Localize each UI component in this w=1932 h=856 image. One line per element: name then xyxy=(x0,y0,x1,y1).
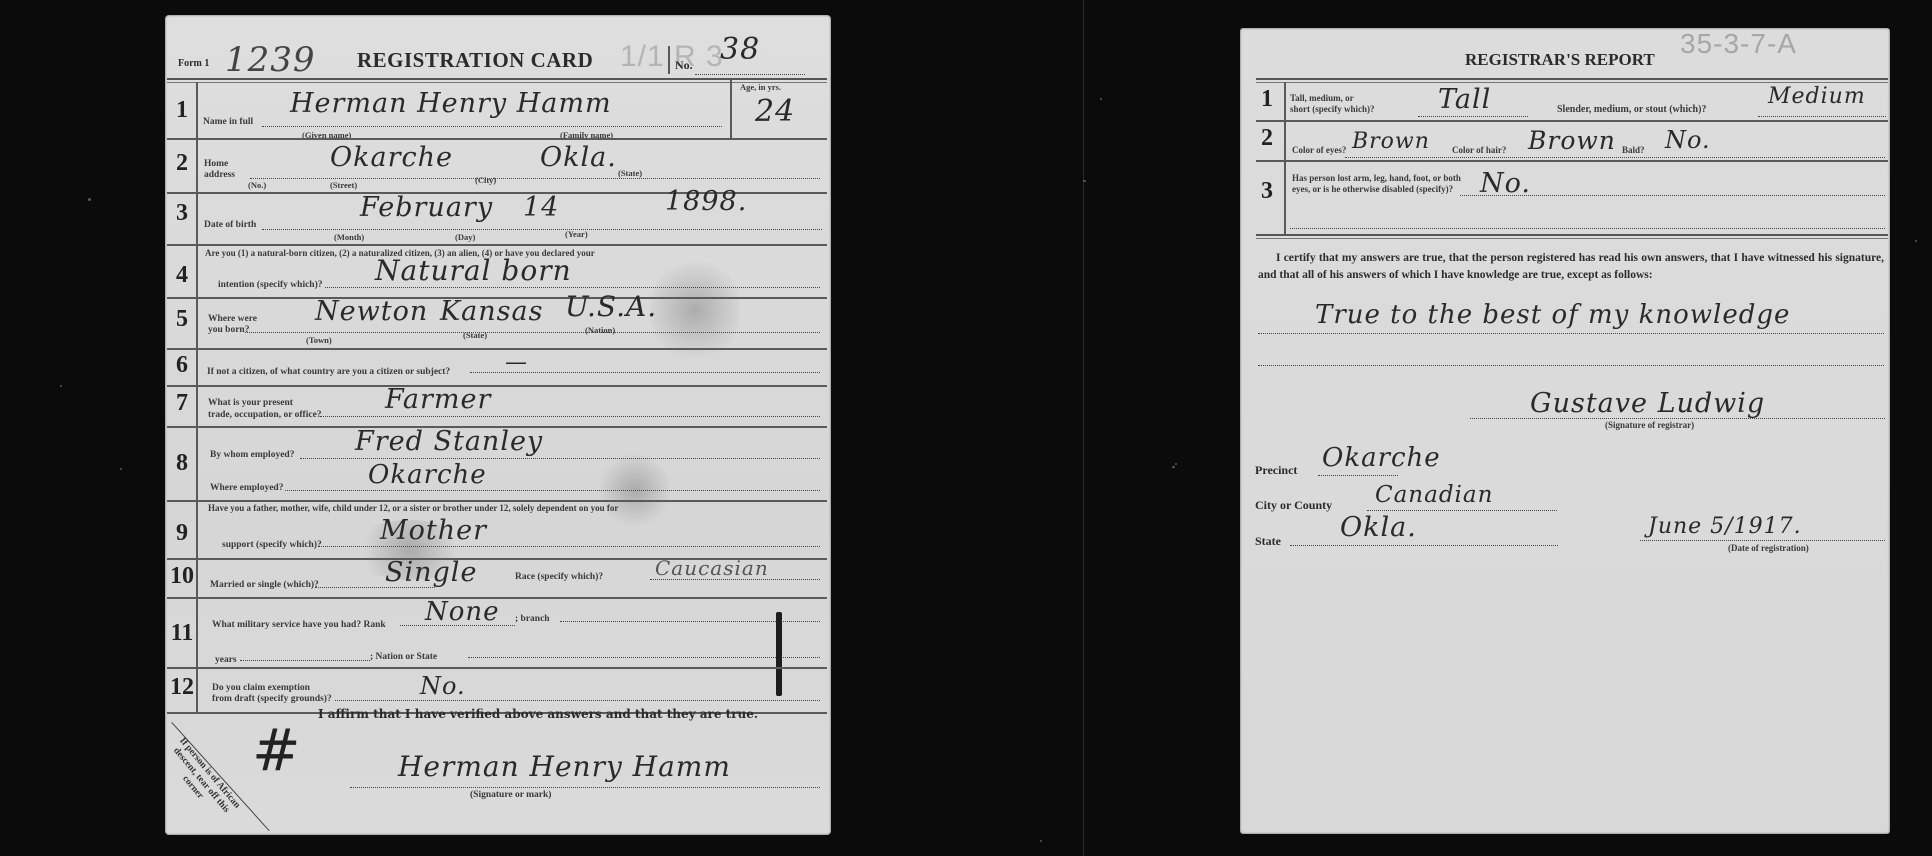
field-value-marital-status[interactable]: Single xyxy=(385,557,477,588)
state-label: State xyxy=(1255,534,1281,549)
ink-stroke-mark xyxy=(776,612,782,696)
field-label-military-rank: What military service have you had? Rank xyxy=(212,620,386,630)
hash-mark: # xyxy=(252,716,302,784)
county-value[interactable]: Canadian xyxy=(1375,482,1493,508)
dotted-line xyxy=(468,657,820,658)
field-label-home: Home xyxy=(204,159,228,169)
dotted-line xyxy=(1367,510,1557,511)
row-number: 9 xyxy=(165,520,199,547)
dotted-line xyxy=(470,372,820,373)
field-label-birthplace-2: you born? xyxy=(208,325,249,335)
row-rule xyxy=(167,500,827,502)
field-value-citizenship[interactable]: Natural born xyxy=(375,254,572,287)
field-label-intention: intention (specify which)? xyxy=(218,280,323,290)
dotted-line xyxy=(285,490,820,491)
field-value-employment-place[interactable]: Okarche xyxy=(368,460,487,490)
dotted-line xyxy=(1318,475,1398,476)
signature-label: (Signature or mark) xyxy=(470,790,551,800)
field-value-town[interactable]: Newton xyxy=(315,296,428,327)
dotted-line xyxy=(1640,540,1885,541)
row-rule xyxy=(1256,120,1888,122)
field-label-military-branch: ; branch xyxy=(515,614,550,624)
row-number: 3 xyxy=(1250,178,1284,205)
registrar-signature-label: (Signature of registrar) xyxy=(1605,420,1694,430)
dotted-line xyxy=(1418,116,1528,117)
row-number: 8 xyxy=(165,450,199,477)
field-value-employer[interactable]: Fred Stanley xyxy=(355,426,543,457)
row-number: 11 xyxy=(165,620,199,647)
field-label-dependents: support (specify which)? xyxy=(222,540,322,550)
film-speck xyxy=(120,468,122,470)
divider xyxy=(668,46,670,74)
row-number-column-rule xyxy=(1284,82,1286,234)
field-value-race[interactable]: Caucasian xyxy=(655,556,769,580)
field-label-race: Race (specify which)? xyxy=(515,572,603,582)
card-title: REGISTRATION CARD xyxy=(357,48,593,73)
faint-stamp: 1/1 R 3 xyxy=(620,40,724,74)
field-label-military-nation: ; Nation or State xyxy=(370,652,437,662)
precinct-label: Precinct xyxy=(1255,463,1297,478)
registration-date-label: (Date of registration) xyxy=(1728,543,1809,553)
sublabel: (Street) xyxy=(330,180,357,190)
field-value-bald[interactable]: No. xyxy=(1665,126,1711,154)
dotted-line xyxy=(350,787,820,788)
film-speck xyxy=(1083,180,1086,182)
row-number: 5 xyxy=(165,306,199,333)
field-label-birthplace: Where were xyxy=(208,314,257,324)
field-label-disability-2: eyes, or is he otherwise disabled (speci… xyxy=(1292,184,1453,194)
row-number: 6 xyxy=(165,352,199,379)
field-value-exceptions[interactable]: True to the best of my knowledge xyxy=(1315,300,1790,330)
field-label-height-2: short (specify which)? xyxy=(1290,104,1375,114)
county-label: City or County xyxy=(1255,498,1332,513)
dotted-line xyxy=(318,546,820,547)
sublabel: (No.) xyxy=(248,180,266,190)
header-rule xyxy=(167,78,827,83)
field-label-employer: By whom employed? xyxy=(210,450,294,460)
film-speck xyxy=(60,385,62,387)
row-number: 1 xyxy=(1250,86,1284,113)
row-rule xyxy=(1256,234,1888,239)
precinct-value[interactable]: Okarche xyxy=(1322,443,1441,473)
report-stamp: 35-3-7-A xyxy=(1680,28,1797,60)
row-rule xyxy=(1256,160,1888,162)
dotted-line xyxy=(650,579,820,580)
certification-statement: I certify that my answers are true, that… xyxy=(1258,250,1884,284)
dotted-line xyxy=(400,625,515,626)
film-speck xyxy=(1915,240,1917,242)
row-rule xyxy=(167,667,827,669)
row-rule xyxy=(167,348,827,350)
sublabel: (City) xyxy=(475,175,496,185)
field-value-day[interactable]: 14 xyxy=(523,192,559,223)
field-label-foreign-citizenship: If not a citizen, of what country are yo… xyxy=(207,367,450,377)
field-label-marital-status: Married or single (which)? xyxy=(210,580,319,590)
sublabel: (Month) xyxy=(334,232,364,242)
header-rule xyxy=(1256,78,1888,83)
film-speck xyxy=(1175,463,1177,465)
field-label-military-years: years xyxy=(215,655,237,665)
field-label-build: Slender, medium, or stout (which)? xyxy=(1557,104,1706,115)
field-label-height: Tall, medium, or xyxy=(1290,93,1354,103)
field-label-name: Name in full xyxy=(203,117,253,127)
dotted-line xyxy=(315,587,435,588)
report-title: REGISTRAR'S REPORT xyxy=(1465,50,1655,70)
dotted-line xyxy=(300,458,820,459)
field-label-dob: Date of birth xyxy=(204,220,256,230)
film-speck xyxy=(88,198,91,201)
dotted-line xyxy=(1460,195,1885,196)
dotted-line xyxy=(695,74,805,75)
row-number: 7 xyxy=(165,390,199,417)
registration-number: 38 xyxy=(720,32,760,67)
state-value[interactable]: Okla. xyxy=(1340,512,1417,543)
sublabel: (Nation) xyxy=(585,325,615,335)
field-value-eye-color[interactable]: Brown xyxy=(1352,129,1430,154)
dotted-line xyxy=(1258,365,1884,366)
field-value-month[interactable]: February xyxy=(360,192,493,223)
age-value[interactable]: 24 xyxy=(755,94,795,129)
row-number: 2 xyxy=(1250,125,1284,152)
form-label: Form 1 xyxy=(178,58,209,69)
field-value-name[interactable]: Herman Henry Hamm xyxy=(290,88,612,119)
registration-date[interactable]: June 5/1917. xyxy=(1648,514,1802,539)
field-question-dependents: Have you a father, mother, wife, child u… xyxy=(208,503,618,513)
row-number: 2 xyxy=(165,150,199,177)
field-label-eye-color: Color of eyes? xyxy=(1292,145,1346,155)
field-value-occupation[interactable]: Farmer xyxy=(385,384,491,415)
field-label-occupation: What is your present xyxy=(208,398,293,408)
field-value-city[interactable]: Okla. xyxy=(540,142,617,173)
film-speck xyxy=(1172,466,1175,468)
field-label-address: address xyxy=(204,170,235,180)
registrant-signature: Herman Henry Hamm xyxy=(398,750,731,783)
field-value-state[interactable]: Kansas xyxy=(440,296,543,327)
row-rule xyxy=(167,385,827,387)
field-value-year[interactable]: 1898. xyxy=(665,186,747,217)
row-number: 3 xyxy=(165,200,199,227)
dotted-line xyxy=(320,416,820,417)
field-value-street[interactable]: Okarche xyxy=(330,142,453,173)
dotted-line xyxy=(1345,157,1885,158)
age-label: Age, in yrs. xyxy=(740,82,781,92)
field-label-bald: Bald? xyxy=(1622,145,1645,155)
sublabel: (State) xyxy=(463,330,487,340)
number-label: No. xyxy=(675,58,693,73)
field-value-military-rank[interactable]: None xyxy=(425,597,500,627)
dotted-line xyxy=(262,229,822,230)
row-rule xyxy=(167,244,827,246)
dotted-line xyxy=(1290,228,1885,229)
dotted-line xyxy=(240,660,370,661)
field-value-nation[interactable]: U.S.A. xyxy=(565,290,657,323)
affirmation-statement: I affirm that I have verified above answ… xyxy=(318,707,758,721)
sublabel: (Day) xyxy=(455,232,475,242)
field-value-hair-color[interactable]: Brown xyxy=(1528,126,1616,155)
registrar-signature: Gustave Ludwig xyxy=(1530,388,1765,419)
serial-number-handwritten: 1239 xyxy=(225,40,316,80)
age-column-rule xyxy=(730,80,732,138)
row-number: 1 xyxy=(165,97,199,124)
film-speck xyxy=(1040,840,1042,842)
field-value-dependents[interactable]: Mother xyxy=(380,515,487,546)
dotted-line xyxy=(1758,116,1886,117)
sublabel: (State) xyxy=(618,168,642,178)
dotted-line xyxy=(335,700,820,701)
field-label-exemption-2: from draft (specify grounds)? xyxy=(212,694,332,704)
row-rule xyxy=(167,138,827,140)
field-label-exemption: Do you claim exemption xyxy=(212,683,310,693)
dotted-line xyxy=(1258,333,1884,334)
field-value-height[interactable]: Tall xyxy=(1438,84,1491,115)
dotted-line xyxy=(1470,418,1885,419)
field-label-disability: Has person lost arm, leg, hand, foot, or… xyxy=(1292,173,1461,183)
field-label-occupation-2: trade, occupation, or office? xyxy=(208,410,322,420)
film-speck xyxy=(1100,98,1102,100)
dotted-line xyxy=(325,287,820,288)
dotted-line xyxy=(245,332,820,333)
field-value-exemption[interactable]: No. xyxy=(420,672,466,700)
field-label-hair-color: Color of hair? xyxy=(1452,145,1506,155)
row-number: 10 xyxy=(165,563,199,590)
sublabel: (Town) xyxy=(306,335,332,345)
row-number: 4 xyxy=(165,262,199,289)
row-number: 12 xyxy=(165,674,199,701)
field-label-employment-place: Where employed? xyxy=(210,483,283,493)
dotted-line xyxy=(250,178,820,179)
dotted-line xyxy=(1290,545,1558,546)
film-scan-line xyxy=(1083,0,1084,856)
sublabel: (Year) xyxy=(565,229,588,239)
dotted-line xyxy=(262,126,722,127)
field-value-build[interactable]: Medium xyxy=(1768,84,1866,109)
